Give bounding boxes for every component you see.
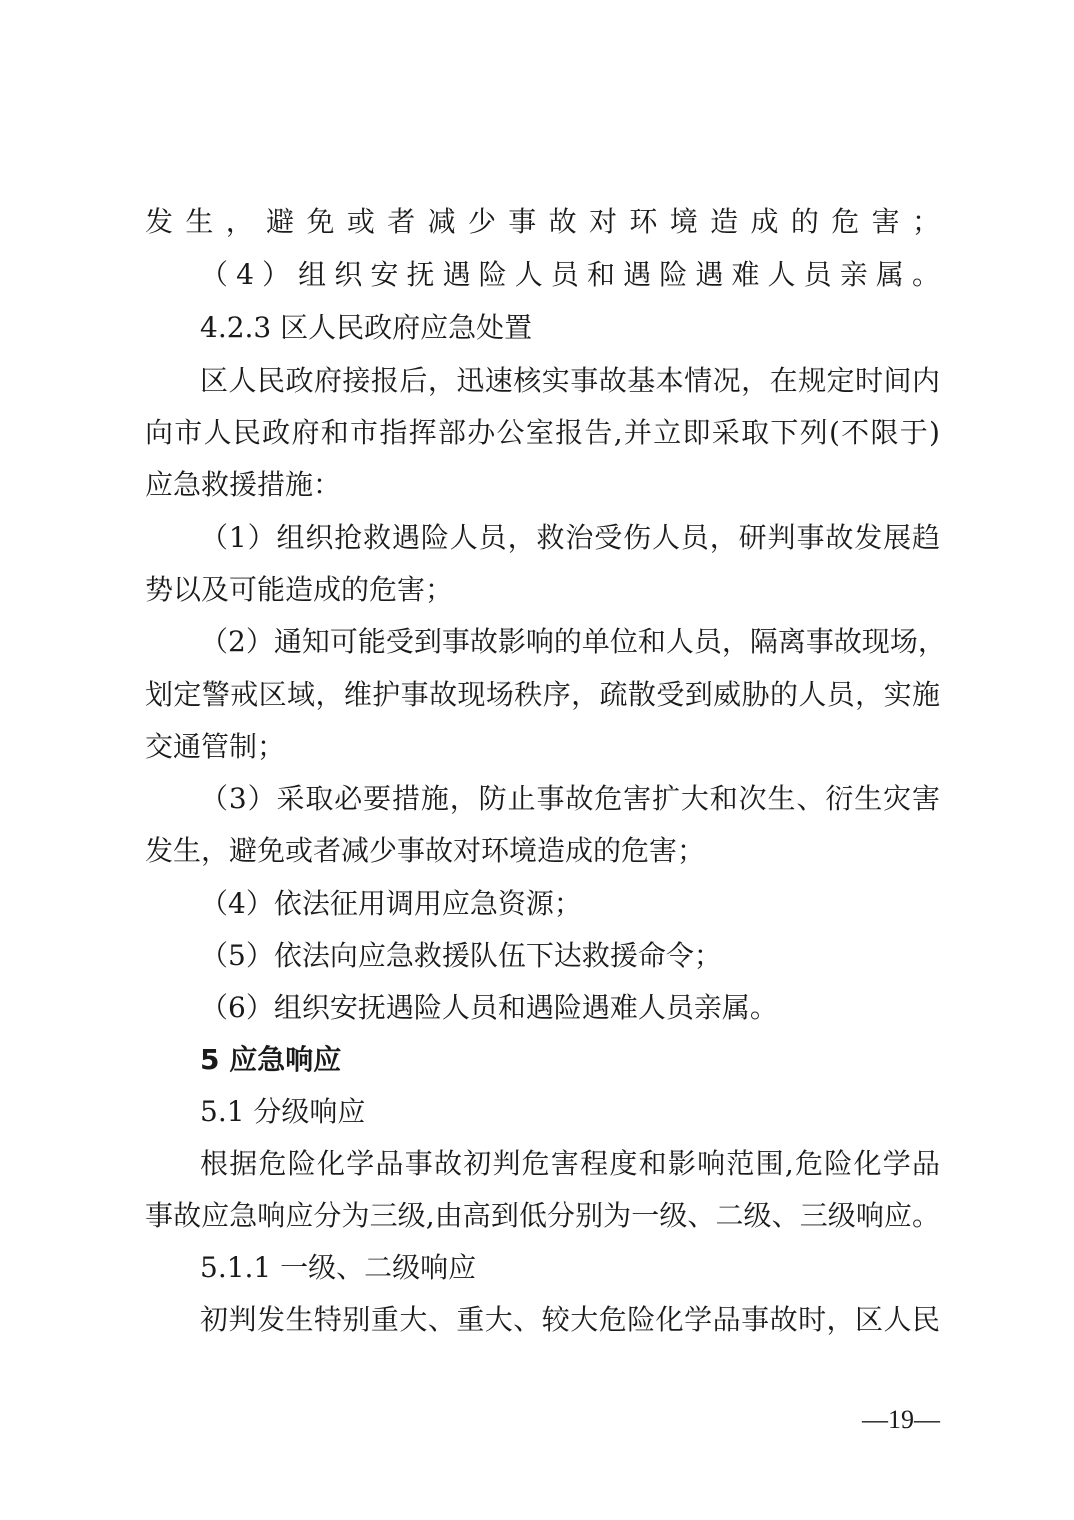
- paragraph-line: 向市人民政府和市指挥部办公室报告,并立即采取下列(不限于): [145, 413, 940, 453]
- section-heading: 5.1.1 一级、二级响应: [200, 1248, 940, 1288]
- list-item-continuation: 发生，避免或者减少事故对环境造成的危害；: [145, 831, 940, 871]
- paragraph-line: 初判发生特别重大、重大、较大危险化学品事故时，区人民: [200, 1300, 940, 1340]
- paragraph-line: 根据危险化学品事故初判危害程度和影响范围,危险化学品: [200, 1144, 940, 1184]
- paragraph-line: 事故应急响应分为三级,由高到低分别为一级、二级、三级响应。: [145, 1196, 940, 1236]
- list-item: （6）组织安抚遇险人员和遇险遇难人员亲属。: [200, 988, 940, 1028]
- section-heading: 5.1 分级响应: [200, 1092, 940, 1132]
- paragraph-line: 区人民政府接报后，迅速核实事故基本情况，在规定时间内: [200, 361, 940, 401]
- text-line: 发生，避免或者减少事故对环境造成的危害；: [145, 202, 940, 242]
- list-item: （1）组织抢救遇险人员，救治受伤人员，研判事故发展趋: [200, 518, 940, 558]
- document-page: 发生，避免或者减少事故对环境造成的危害； （4）组织安抚遇险人员和遇险遇难人员亲…: [0, 0, 1074, 1520]
- list-item-continuation: 势以及可能造成的危害；: [145, 570, 940, 610]
- list-item: （4）组织安抚遇险人员和遇险遇难人员亲属。: [200, 255, 940, 295]
- paragraph-line: 应急救援措施：: [145, 465, 940, 505]
- page-number: —19—: [862, 1402, 940, 1438]
- chapter-heading: 5 应急响应: [200, 1040, 940, 1080]
- section-heading: 4.2.3 区人民政府应急处置: [200, 308, 940, 348]
- list-item-continuation: 划定警戒区域，维护事故现场秩序，疏散受到威胁的人员，实施: [145, 675, 940, 715]
- list-item-continuation: 交通管制；: [145, 727, 940, 767]
- list-item: （3）采取必要措施，防止事故危害扩大和次生、衍生灾害: [200, 779, 940, 819]
- list-item: （4）依法征用调用应急资源；: [200, 884, 940, 924]
- list-item: （2）通知可能受到事故影响的单位和人员，隔离事故现场，: [200, 622, 940, 662]
- list-item: （5）依法向应急救援队伍下达救援命令；: [200, 936, 940, 976]
